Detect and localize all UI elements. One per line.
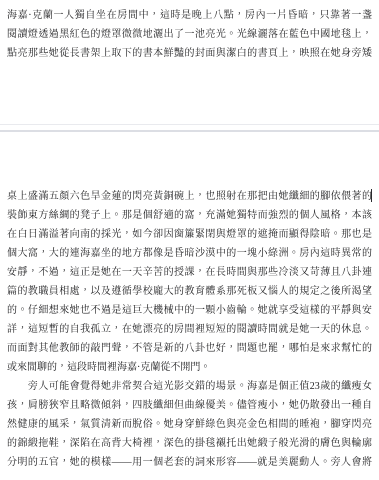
text-line: 而面對其他教師的敲門聲，不管是新的八卦也好，問題也罷，哪怕是來求幫忙的 (7, 339, 372, 358)
document-viewer: 海嘉·克蘭一人獨自坐在房間中，這時是晚上八點，房內一片昏暗，只靠著一盞閱讀燈透過… (0, 0, 379, 480)
text-line: 海嘉·克蘭一人獨自坐在房間中，這時是晚上八點，房內一片昏暗，只靠著一盞 (7, 6, 372, 25)
page-1: 海嘉·克蘭一人獨自坐在房間中，這時是晚上八點，房內一片昏暗，只靠著一盞閱讀燈透過… (0, 0, 379, 124)
text-line: 的。仔細想來她也不過是這巨大機械中的一顆小齒輪。她就享受這樣的平靜與安 (7, 301, 372, 320)
text-line: 的錦緞拖鞋，深陷在高背大椅裡，深色的掛毯襯托出她緞子般光滑的膚色與輪廓 (7, 434, 372, 453)
text-line: 閱讀燈透過黑紅色的燈罩微微地灑出了一池亮光。光線灑落在藍色中國地毯上， (7, 25, 372, 44)
text-line: 桌上盛滿五顏六色旱金蓮的閃亮黃銅碗上，也照射在那把由她纖細的腳依偎著的 (7, 187, 372, 206)
page-2: 桌上盛滿五顏六色旱金蓮的閃亮黃銅碗上，也照射在那把由她纖細的腳依偎著的裝飾東方絲… (0, 132, 379, 480)
text-line: 分明的五官，她的模樣——用一個老套的詞來形容——就是美麗動人。旁人會將 (7, 453, 372, 472)
text-line: 安靜，不過，這正是她在一天辛苦的授課，在長時間與那些冷淡又苛薄且八卦連 (7, 263, 372, 282)
text-line: 篇的教職員相處，以及遵循學校龐大的教育體系那死板又惱人的規定之後所渴望 (7, 282, 372, 301)
text-line: 旁人可能會覺得她非常契合這光影交錯的場景。海嘉是個正值23歲的纖瘦女 (7, 377, 372, 396)
page-1-bottom-edge (0, 124, 379, 125)
page-2-text: 桌上盛滿五顏六色旱金蓮的閃亮黃銅碗上，也照射在那把由她纖細的腳依偎著的裝飾東方絲… (0, 132, 379, 472)
page-1-text: 海嘉·克蘭一人獨自坐在房間中，這時是晚上八點，房內一片昏暗，只靠著一盞閱讀燈透過… (0, 0, 379, 63)
text-line: 孩，肩膀狹窄且略微傾斜，四肢纖細但曲線優美。儘管瘦小，她仍散發出一種自 (7, 396, 372, 415)
text-line: 或來閒聊的，這段時間裡海嘉·克蘭從不開門。 (7, 358, 372, 377)
text-cursor (371, 189, 372, 202)
text-line: 在白日滿溢著向南的採光，如今卻因窗簾緊閉與燈罩的遮掩而顯得陰暗。那也是 (7, 225, 372, 244)
text-line: 裝飾東方絲綢的凳子上。那是個舒適的窩，充滿她獨特而強烈的個人風格，本該 (7, 206, 372, 225)
text-line: 詳，這短暫的自我孤立，在她漂亮的房間裡短短的閱讀時間就是她一天的休息。 (7, 320, 372, 339)
text-line: 然健康的風采，氣質清新而脫俗。她身穿鮮綠色與亮金色相間的睡袍，腳穿閃亮 (7, 415, 372, 434)
text-line: 點亮那些她從長書架上取下的書本鮮豔的封面與潔白的書頁上，映照在她身旁矮 (7, 44, 372, 63)
text-line: 個大窩，大的連海嘉坐的地方都像是昏暗沙漠中的一塊小綠洲。房內這時異常的 (7, 244, 372, 263)
